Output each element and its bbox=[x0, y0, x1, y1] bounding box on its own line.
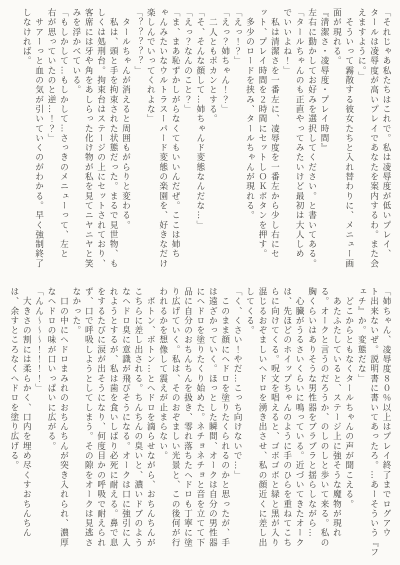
text-column: 品に自分のおちんちんを扱き、零れ落ちたヘドロも丁寧に塗 bbox=[181, 287, 193, 553]
text-column: 混じるおぞましいヘドロを湧き出させ、私の顔近くに差し出 bbox=[256, 287, 268, 553]
text-column: 大きさの割には柔らかく、口内を埋め尽くすおちんちん bbox=[20, 287, 32, 553]
text-column: 口の中にヘドロまみれのおちんちんが突き入れられ、濃厚 bbox=[57, 287, 69, 553]
text-column: このまま顔にヘドロを塗りたくられるのかと思ったが、手 bbox=[218, 287, 230, 553]
text-column: 左右に動かしてお好みを選択してください。と書いてある。 bbox=[305, 8, 317, 264]
text-column: われるかを想像して震えが止まらない。 bbox=[156, 287, 168, 553]
text-column: 「もしかして…もしかして…さっきのメニューって、左と bbox=[57, 8, 69, 264]
text-column: り広げていく。私は、そのおぞましい光景と、この後何が行 bbox=[169, 287, 181, 553]
text-column: 「く、くさい！やだ…こっち向けないで…」 bbox=[231, 287, 243, 553]
text-column: は、余すところなくヘドロを塗り広げる。 bbox=[7, 287, 19, 553]
text-column: 胸くらいはありそうな男性器をブラブラと揺らしながら… bbox=[305, 287, 317, 553]
text-column: 多少のロードを挟み、タールちゃんが現れる。 bbox=[243, 8, 255, 264]
text-column: らに向けてくる。呪文を唱えると、ゴボゴボと緑と黒が入り bbox=[268, 287, 280, 553]
text-column: 「姉ちゃん、凌辱度８０％以上はプレイ終了までログアウ bbox=[380, 287, 392, 553]
text-column: サアーっと血の気が引いていくのがわかる。早く強制終了 bbox=[32, 8, 44, 264]
text-column: しなければ。 bbox=[20, 8, 32, 264]
text-column: 「？？？？？」 bbox=[131, 8, 143, 264]
text-column: なヘドロ臭に意識が飛びそうになる。オークは口に強引に入 bbox=[119, 287, 131, 553]
text-column: にヘドロを塗りたくり始めた。ネチョネチョと音を立てて下 bbox=[194, 287, 206, 553]
text-column: る。オークと言うのだろうか、のしのしと歩いて来る。私の bbox=[318, 287, 330, 553]
text-column: 面が現れる。 bbox=[330, 8, 342, 264]
text-column: 『清潔さ・凌辱度・プレイ時間』 bbox=[318, 8, 330, 264]
text-column: しくは処刑台。拘束台はステージの上にセットされており、 bbox=[94, 8, 106, 264]
text-column: をするたびに涙が出そうになり、何度目かの呼吸で耐えられ bbox=[94, 287, 106, 553]
text-column: 「それじゃあ私たちはこれで。私は凌辱度が低いプレイ、 bbox=[380, 8, 392, 264]
text-column: れようとするが、私は歯を食いしばり必死に耐える。鼻で息 bbox=[107, 287, 119, 553]
text-column: 「そ、そんな顔して…姉ちゃんド変態なんだな…」 bbox=[194, 8, 206, 264]
text-column: なかった。 bbox=[69, 287, 81, 553]
text-column: ボトン、ボトン…とヘドロを滴らせながら、おちんちんが bbox=[144, 287, 156, 553]
top-text-block: 「それじゃあ私たちはこれで。私は凌辱度が低いプレイ、タールは凌辱度が高いプレイで… bbox=[6, 8, 392, 264]
text-column: ェチ』か。変態だな」 bbox=[355, 287, 367, 553]
text-column: 右が思っていたのと逆…！？」 bbox=[45, 8, 57, 264]
text-column: タールは凌辱度が高いプレイであなたを案内するわ。また会 bbox=[367, 8, 379, 264]
text-column: 楽しんでいってくれよな」 bbox=[144, 8, 156, 264]
text-column: 客席には牙や角をあしらった化け物が私を見てニヤニヤと笑 bbox=[82, 8, 94, 264]
text-column: 心臓がうるさいくらいに鳴っている。近づいてきたオーク bbox=[293, 287, 305, 553]
text-column: 「えっ！？」 bbox=[231, 8, 243, 264]
text-column: してくる。 bbox=[243, 287, 255, 553]
text-column: みを浮かべている。 bbox=[69, 8, 81, 264]
text-column: でいいよね！」 bbox=[280, 8, 292, 264]
text-column: そういって霧散する彼女たちと入れ替わりに、メニュー画 bbox=[342, 8, 354, 264]
text-column: 「タールちゃんのも正直やってみたいけど最初は大人しめ bbox=[293, 8, 305, 264]
text-column: 「えっ？なんのこと？」 bbox=[181, 8, 193, 264]
text-column: えますように。」 bbox=[355, 8, 367, 264]
text-column: ゃんみたいなウルトラスーパード変態の楽園を、好きなだけ bbox=[156, 8, 168, 264]
text-column: あたふたしていると、ステージ上に強そうな魔物が現れ bbox=[330, 287, 342, 553]
text-column: ト出来ないぜ。説明書に書いてあったろ。…あーそういう『フ bbox=[367, 287, 379, 553]
text-column: は、先ほどのホイップちゃんのように手のひらを重ねてこち bbox=[280, 287, 292, 553]
text-column: 二人ともポカンとする。 bbox=[206, 8, 218, 264]
text-column: タールちゃんが消えると周囲もがらりと変わる。 bbox=[119, 8, 131, 264]
text-column: ット、プレイ時間を２時間にセットしＯＫボタンを押す。 bbox=[256, 8, 268, 264]
text-column: ず、口で呼吸しようとしてしまう。その隙をオークは見逃さ bbox=[82, 287, 94, 553]
bottom-text-block: 「姉ちゃん、凌辱度８０％以上はプレイ終了までログアウト出来ないぜ。説明書に書いて… bbox=[6, 287, 392, 553]
text-column: は遠ざかっていく。ほっとした瞬間、オークは自分の男性器 bbox=[206, 287, 218, 553]
text-column: どこからともなくタールちゃんの声が聞こえる。 bbox=[342, 287, 354, 553]
text-column: 「えっ？姉ちゃん！？」 bbox=[218, 8, 230, 264]
page: 「それじゃあ私たちはこれで。私は凌辱度が低いプレイ、タールは凌辱度が高いプレイで… bbox=[0, 0, 400, 565]
text-column: 「んん〜〜〜！！！！」 bbox=[32, 287, 44, 553]
text-column: 私は、頭と手を拘束された状態だった。まるで見世物、も bbox=[107, 8, 119, 264]
text-column: こちらに差し出される。ちんちんの臭いと、濃いドブのよう bbox=[131, 287, 143, 553]
text-column: なヘドロの味が口いっぱいに広がる。 bbox=[45, 287, 57, 553]
text-column: 私は清潔さを一番左に、凌辱度を一番左から少し右にセ bbox=[268, 8, 280, 264]
text-column: 「ま、まあ恥ずかしがらなくてもいいんだぜ。ここは姉ち bbox=[169, 8, 181, 264]
